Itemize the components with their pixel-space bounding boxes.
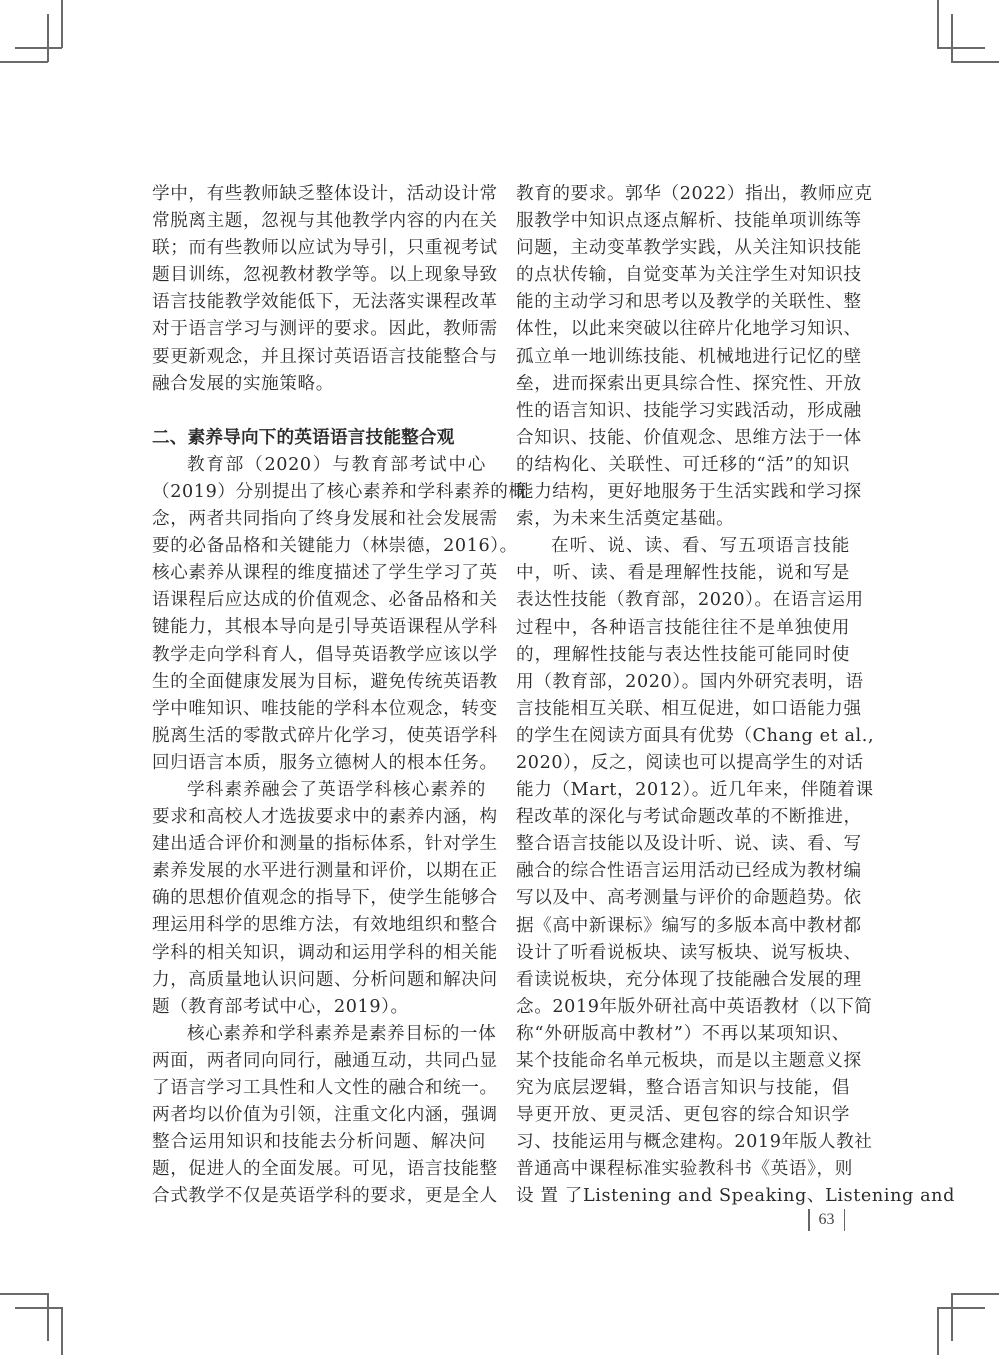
text-line: 2020），反之，阅读也可以提高学生的对话 [516,750,850,777]
text-line: 对于语言学习与测评的要求。因此，教师需 [152,316,486,343]
text-line: 孤立单一地训练技能、机械地进行记忆的壁 [516,344,850,371]
text-line: 学中唯知识、唯技能的学科本位观念，转变 [152,696,486,723]
text-line: 能力（Mart，2012）。近几年来，伴随着课 [516,777,850,804]
text-line: 看读说板块，充分体现了技能融合发展的理 [516,967,850,994]
text-line: 能的主动学习和思考以及教学的关联性、整 [516,289,850,316]
text-line: 索，为未来生活奠定基础。 [516,506,850,533]
text-line: 表达性技能（教育部，2020）。在语言运用 [516,587,850,614]
text-line: 学科的相关知识，调动和运用学科的相关能 [152,940,486,967]
text-line: 过程中，各种语言技能往往不是单独使用 [516,615,850,642]
text-line: 某个技能命名单元板块，而是以主题意义探 [516,1048,850,1075]
text-line: 融合发展的实施策略。 [152,371,486,398]
text-line: 合知识、技能、价值观念、思维方法于一体 [516,425,850,452]
text-line: 教学走向学科育人，倡导英语教学应该以学 [152,642,486,669]
text-line: 学中，有些教师缺乏整体设计，活动设计常 [152,181,486,208]
text-line: 核心素养从课程的维度描述了学生学习了英 [152,560,486,587]
text-line: 设 置 了Listening and Speaking、Listening an… [516,1183,850,1210]
text-line: （2019）分别提出了核心素养和学科素养的概 [152,479,486,506]
text-line: 要的必备品格和关键能力（林崇德，2016）。 [152,533,486,560]
text-line: 力，高质量地认识问题、分析问题和解决问 [152,967,486,994]
page-number-left-rule [808,1209,810,1231]
text-line: 了语言学习工具性和人文性的融合和统一。 [152,1075,486,1102]
text-line: 融合的综合性语言运用活动已经成为教材编 [516,858,850,885]
text-line: 的点状传输，自觉变革为关注学生对知识技 [516,262,850,289]
paragraph-first-line: 学科素养融会了英语学科核心素养的 [152,777,486,804]
paragraph-first-line: 核心素养和学科素养是素养目标的一体 [152,1021,486,1048]
text-line: 的，理解性技能与表达性技能可能同时使 [516,642,850,669]
text-line: 两面，两者同向同行，融通互动，共同凸显 [152,1048,486,1075]
text-line: 用（教育部，2020）。国内外研究表明，语 [516,669,850,696]
text-line: 服教学中知识点逐点解析、技能单项训练等 [516,208,850,235]
text-line: 念，两者共同指向了终身发展和社会发展需 [152,506,486,533]
text-line: 确的思想价值观念的指导下，使学生能够合 [152,885,486,912]
text-line: 要更新观念，并且探讨英语语言技能整合与 [152,344,486,371]
text-line: 建出适合评价和测量的指标体系，针对学生 [152,831,486,858]
text-line: 体性，以此来突破以往碎片化地学习知识、 [516,316,850,343]
text-line: 的结构化、关联性、可迁移的“活”的知识 [516,452,850,479]
text-line: 素养发展的水平进行测量和评价，以期在正 [152,858,486,885]
text-line: 究为底层逻辑，整合语言知识与技能，倡 [516,1075,850,1102]
left-column: 学中，有些教师缺乏整体设计，活动设计常常脱离主题，忽视与其他教学内容的内在关联；… [152,181,486,1210]
paragraph-first-line: 教育部（2020）与教育部考试中心 [152,452,486,479]
text-line: 教育的要求。郭华（2022）指出，教师应克 [516,181,850,208]
text-line: 言技能相互关联、相互促进，如口语能力强 [516,696,850,723]
text-line: 导更开放、更灵活、更包容的综合知识学 [516,1102,850,1129]
text-line: 脱离生活的零散式碎片化学习，使英语学科 [152,723,486,750]
text-line: 联；而有些教师以应试为导引，只重视考试 [152,235,486,262]
text-line: 普通高中课程标准实验教科书《英语》，则 [516,1156,850,1183]
text-line: 习、技能运用与概念建构。2019年版人教社 [516,1129,850,1156]
text-line: 称“外研版高中教材”）不再以某项知识、 [516,1021,850,1048]
paragraph-first-line: 在听、说、读、看、写五项语言技能 [516,533,850,560]
text-line: 语课程后应达成的价值观念、必备品格和关 [152,587,486,614]
text-line: 生的全面健康发展为目标，避免传统英语教 [152,669,486,696]
text-line: 理运用科学的思维方法，有效地组织和整合 [152,912,486,939]
text-line: 写以及中、高考测量与评价的命题趋势。依 [516,885,850,912]
text-line: 的学生在阅读方面具有优势（Chang et al., [516,723,850,750]
text-line: 性的语言知识、技能学习实践活动，形成融 [516,398,850,425]
text-line: 程改革的深化与考试命题改革的不断推进， [516,804,850,831]
text-line: 整合运用知识和技能去分析问题、解决问 [152,1129,486,1156]
page-number: 63 [819,1211,835,1229]
section-spacer [152,398,486,425]
right-column: 教育的要求。郭华（2022）指出，教师应克服教学中知识点逐点解析、技能单项训练等… [516,181,850,1211]
text-line: 语言技能教学效能低下，无法落实课程改革 [152,289,486,316]
text-line: 中，听、读、看是理解性技能，说和写是 [516,560,850,587]
section-heading: 二、素养导向下的英语语言技能整合观 [152,425,486,452]
page-number-right-rule [844,1209,846,1231]
text-line: 常脱离主题，忽视与其他教学内容的内在关 [152,208,486,235]
text-line: 问题，主动变革教学实践，从关注知识技能 [516,235,850,262]
text-line: 据《高中新课标》编写的多版本高中教材都 [516,913,850,940]
text-line: 要求和高校人才选拔要求中的素养内涵，构 [152,804,486,831]
text-line: 念。2019年版外研社高中英语教材（以下简 [516,994,850,1021]
text-line: 两者均以价值为引领，注重文化内涵，强调 [152,1102,486,1129]
text-line: 整合语言技能以及设计听、说、读、看、写 [516,831,850,858]
text-line: 垒，进而探索出更具综合性、探究性、开放 [516,371,850,398]
page-number-block: 63 [808,1208,845,1232]
text-line: 回归语言本质，服务立德树人的根本任务。 [152,750,486,777]
text-line: 题，促进人的全面发展。可见，语言技能整 [152,1156,486,1183]
text-line: 合式教学不仅是英语学科的要求，更是全人 [152,1183,486,1210]
text-line: 题目训练，忽视教材教学等。以上现象导致 [152,262,486,289]
text-line: 键能力，其根本导向是引导英语课程从学科 [152,614,486,641]
text-line: 设计了听看说板块、读写板块、说写板块、 [516,940,850,967]
text-line: 能力结构，更好地服务于生活实践和学习探 [516,479,850,506]
text-line: 题（教育部考试中心，2019）。 [152,994,486,1021]
